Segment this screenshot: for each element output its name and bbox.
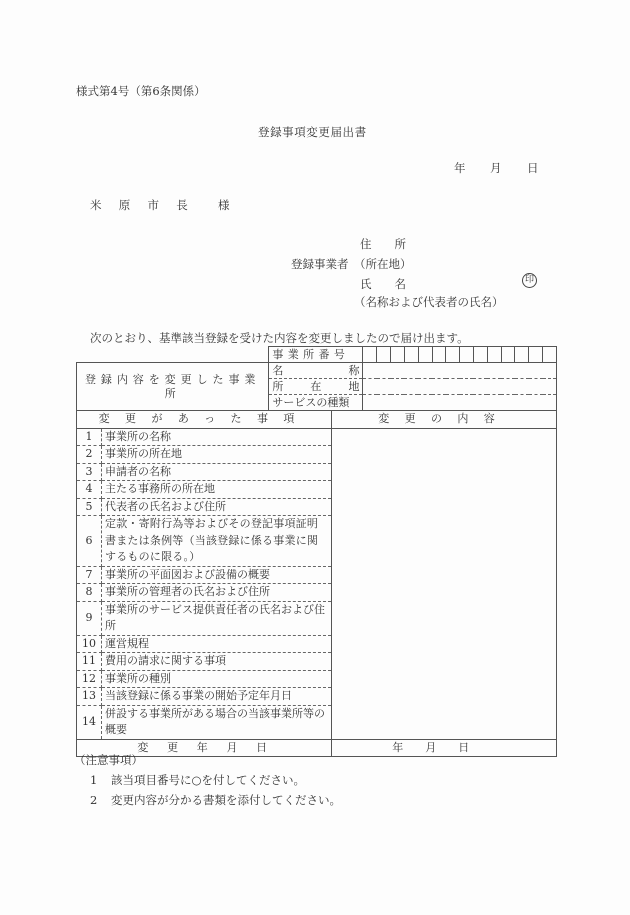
office-number-box[interactable] <box>363 347 377 363</box>
name-label: 氏 名 <box>360 276 406 292</box>
intro-text: 次のとおり、基準該当登録を受けた内容を変更しましたので届け出ます。 <box>90 330 469 346</box>
form-id: 様式第4号（第6条関係） <box>76 83 206 99</box>
notes-heading: （注意事項） <box>74 752 143 768</box>
note-item: 2 変更内容が分かる書類を添付してください。 <box>90 792 341 808</box>
address-sub: （所在地） <box>354 256 412 272</box>
change-content-field[interactable] <box>332 428 557 739</box>
item-text: 定款・寄附行為等およびその登記事項証明書または条例等（当該登録に係る事業に関する… <box>101 516 331 567</box>
header-changed-items: 変更があった事項 <box>77 411 332 429</box>
item-number[interactable]: 9 <box>77 601 102 635</box>
item-number[interactable]: 11 <box>77 653 102 671</box>
office-number-box[interactable] <box>460 347 474 363</box>
name-sub: （名称および代表者の氏名） <box>354 294 504 310</box>
service-type-label: サービスの種類 <box>269 395 363 411</box>
addressee-honorific: 様 <box>218 197 230 213</box>
addressee-name: 米 原 市 長 <box>90 197 191 213</box>
item-text: 申請者の名称 <box>101 463 331 481</box>
office-number-box[interactable] <box>487 347 501 363</box>
office-number-box[interactable] <box>543 347 557 363</box>
office-number-box[interactable] <box>473 347 487 363</box>
address-label: 住 所 <box>360 236 406 252</box>
note-text: 該当項目番号に○を付してください。 <box>111 773 305 787</box>
item-number[interactable]: 5 <box>77 498 102 516</box>
item-number[interactable]: 7 <box>77 566 102 584</box>
service-type-field[interactable] <box>363 395 557 411</box>
item-number[interactable]: 6 <box>77 516 102 567</box>
office-name-label: 名称 <box>269 363 363 379</box>
page-title: 登録事項変更届出書 <box>258 124 367 140</box>
item-text: 事業所の名称 <box>101 428 331 446</box>
item-text: 事業所の種別 <box>101 670 331 688</box>
change-item-row: 1 事業所の名称 <box>77 428 557 446</box>
date-year: 年 <box>454 160 466 176</box>
item-text: 事業所の所在地 <box>101 446 331 464</box>
office-address-label: 所在地 <box>269 379 363 395</box>
item-text: 事業所の平面図および設備の概要 <box>101 566 331 584</box>
item-number[interactable]: 10 <box>77 635 102 653</box>
note-number: 1 <box>90 773 97 787</box>
office-number-box[interactable] <box>391 347 405 363</box>
seal-label: 印 <box>525 275 534 285</box>
item-text: 併設する事業所がある場合の当該事業所等の概要 <box>101 705 331 739</box>
office-number-box[interactable] <box>501 347 515 363</box>
note-number: 2 <box>90 793 97 807</box>
item-number[interactable]: 1 <box>77 428 102 446</box>
item-number[interactable]: 13 <box>77 688 102 706</box>
office-name-field[interactable] <box>363 363 557 379</box>
item-text: 主たる事務所の所在地 <box>101 481 331 499</box>
date-month: 月 <box>490 160 502 176</box>
office-number-box[interactable] <box>529 347 543 363</box>
changes-table: 変更があった事項 変更の内容 1 事業所の名称 2事業所の所在地 3申請者の名称… <box>76 410 557 757</box>
office-number-box[interactable] <box>404 347 418 363</box>
office-number-box[interactable] <box>418 347 432 363</box>
item-text: 運営規程 <box>101 635 331 653</box>
item-text: 費用の請求に関する事項 <box>101 653 331 671</box>
item-text: 事業所の管理者の氏名および住所 <box>101 584 331 602</box>
office-address-field[interactable] <box>363 379 557 395</box>
item-number[interactable]: 8 <box>77 584 102 602</box>
office-number-label: 事業所番号 <box>269 347 363 363</box>
seal-icon: 印 <box>522 273 537 288</box>
item-number[interactable]: 14 <box>77 705 102 739</box>
office-number-box[interactable] <box>432 347 446 363</box>
date-day: 日 <box>527 160 539 176</box>
office-number-box[interactable] <box>377 347 391 363</box>
item-text: 当該登録に係る事業の開始予定年月日 <box>101 688 331 706</box>
office-table: 事業所番号 登録内容を変更した事業所 名称 所在地 サービスの種類 <box>76 346 557 411</box>
office-group-label: 登録内容を変更した事業所 <box>77 363 269 411</box>
note-text: 変更内容が分かる書類を添付してください。 <box>111 793 341 807</box>
item-text: 事業所のサービス提供責任者の氏名および住所 <box>101 601 331 635</box>
header-change-content: 変更の内容 <box>332 411 557 429</box>
applicant-label: 登録事業者 <box>291 256 349 272</box>
item-number[interactable]: 2 <box>77 446 102 464</box>
item-number[interactable]: 12 <box>77 670 102 688</box>
item-number[interactable]: 4 <box>77 481 102 499</box>
item-text: 代表者の氏名および住所 <box>101 498 331 516</box>
office-number-box[interactable] <box>446 347 460 363</box>
change-date-field[interactable]: 年 月 日 <box>332 739 557 757</box>
office-number-box[interactable] <box>515 347 529 363</box>
item-number[interactable]: 3 <box>77 463 102 481</box>
note-item: 1 該当項目番号に○を付してください。 <box>90 772 305 788</box>
